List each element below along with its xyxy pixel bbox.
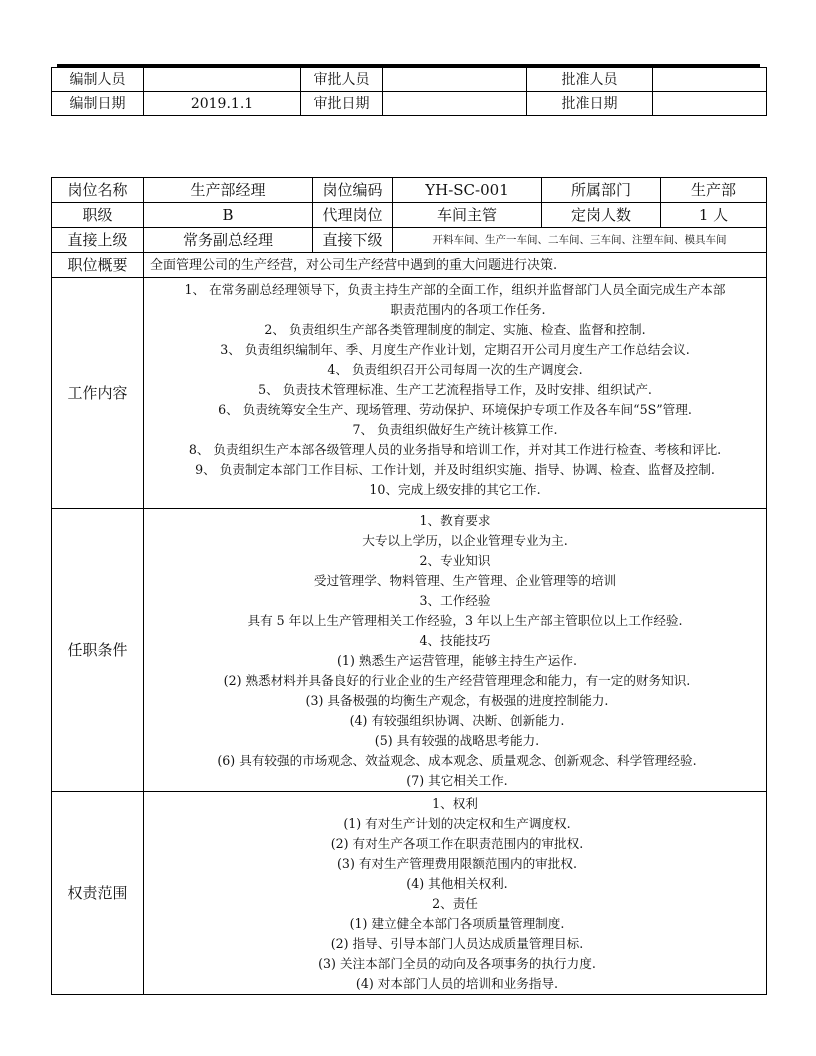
skill-item: (2) 熟悉材料并具备良好的行业企业的生产经营管理理念和能力，有一定的财务知识. [150,671,760,691]
document-page: 编制人员 审批人员 批准人员 编制日期 2019.1.1 审批日期 批准日期 岗… [0,0,816,1056]
reviewed-by-label: 审批人员 [301,68,383,92]
prepared-by-label: 编制人员 [52,68,144,92]
work-item: 9、 负责制定本部门工作目标、工作计划，并及时组织实施、指导、协调、检查、监督及… [150,460,760,480]
approved-by-value [653,68,767,92]
right-item: (3) 有对生产管理费用限额范围内的审批权. [150,854,760,874]
superior-value: 常务副总经理 [144,228,313,253]
work-item: 1、 在常务副总经理领导下，负责主持生产部的全面工作，组织并监督部门人员全面完成… [150,280,760,300]
work-content-label: 工作内容 [52,278,144,509]
position-code-label: 岗位编码 [313,178,393,203]
duties-title: 2、责任 [150,894,760,914]
work-item: 4、 负责组织召开公司每周一次的生产调度会. [150,360,760,380]
work-item: 3、 负责组织编制年、季、月度生产作业计划，定期召开公司月度生产工作总结会议. [150,340,760,360]
position-name-label: 岗位名称 [52,178,144,203]
knowledge-text: 受过管理学、物料管理、生产管理、企业管理等的培训 [150,571,760,591]
work-item: 7、 负责组织做好生产统计核算工作. [150,420,760,440]
headcount-value: 1 人 [661,203,767,228]
work-item: 2、 负责组织生产部各类管理制度的制定、实施、检查、监督和控制. [150,320,760,340]
position-code-value: YH-SC-001 [393,178,542,203]
deputy-label: 代理岗位 [313,203,393,228]
work-content-list: 1、 在常务副总经理领导下，负责主持生产部的全面工作，组织并监督部门人员全面完成… [144,278,767,509]
approved-date-label: 批准日期 [527,92,653,116]
right-item: (4) 其他相关权利. [150,874,760,894]
work-item-continuation: 职责范围内的各项工作任务. [150,300,760,320]
subordinate-value: 开料车间、生产一车间、二车间、三车间、注塑车间、模具车间 [393,228,767,253]
row-work-content: 工作内容 1、 在常务副总经理领导下，负责主持生产部的全面工作，组织并监督部门人… [52,278,767,509]
job-description-table: 岗位名称 生产部经理 岗位编码 YH-SC-001 所属部门 生产部 职级 B … [51,177,767,995]
right-item: (2) 有对生产各项工作在职责范围内的审批权. [150,834,760,854]
skill-item: (5) 具有较强的战略思考能力. [150,731,760,751]
position-name-value: 生产部经理 [144,178,313,203]
approval-row-prepared: 编制人员 审批人员 批准人员 [52,68,767,92]
education-title: 1、教育要求 [150,511,760,531]
qualifications-label: 任职条件 [52,509,144,792]
skill-item: (7) 其它相关工作. [150,771,760,791]
approval-table: 编制人员 审批人员 批准人员 编制日期 2019.1.1 审批日期 批准日期 [51,67,767,116]
qualifications-list: 1、教育要求 大专以上学历，以企业管理专业为主. 2、专业知识 受过管理学、物料… [144,509,767,792]
education-text: 大专以上学历，以企业管理专业为主. [150,531,760,551]
subordinate-label: 直接下级 [313,228,393,253]
approval-row-dates: 编制日期 2019.1.1 审批日期 批准日期 [52,92,767,116]
headcount-label: 定岗人数 [542,203,661,228]
department-value: 生产部 [661,178,767,203]
approved-date-value [653,92,767,116]
row-responsibilities: 权责范围 1、权利 (1) 有对生产计划的决定权和生产调度权. (2) 有对生产… [52,792,767,995]
skill-item: (4) 有较强组织协调、决断、创新能力. [150,711,760,731]
prepared-date-label: 编制日期 [52,92,144,116]
work-item: 10、完成上级安排的其它工作. [150,480,760,500]
skill-item: (3) 具备极强的均衡生产观念，有极强的进度控制能力. [150,691,760,711]
prepared-date-value: 2019.1.1 [144,92,301,116]
duty-item: (3) 关注本部门全员的动向及各项事务的执行力度. [150,954,760,974]
superior-label: 直接上级 [52,228,144,253]
reviewed-date-value [383,92,527,116]
work-item: 6、 负责统筹安全生产、现场管理、劳动保护、环境保护专项工作及各车间“5S”管理… [150,400,760,420]
reviewed-date-label: 审批日期 [301,92,383,116]
summary-text: 全面管理公司的生产经营，对公司生产经营中遇到的重大问题进行决策. [144,253,767,278]
experience-title: 3、工作经验 [150,591,760,611]
knowledge-title: 2、专业知识 [150,551,760,571]
work-item: 8、 负责组织生产本部各级管理人员的业务指导和培训工作，并对其工作进行检查、考核… [150,440,760,460]
right-item: (1) 有对生产计划的决定权和生产调度权. [150,814,760,834]
responsibilities-label: 权责范围 [52,792,144,995]
skill-item: (1) 熟悉生产运营管理，能够主持生产运作. [150,651,760,671]
grade-value: B [144,203,313,228]
experience-text: 具有 5 年以上生产管理相关工作经验，3 年以上生产部主管职位以上工作经验. [150,611,760,631]
row-grade: 职级 B 代理岗位 车间主管 定岗人数 1 人 [52,203,767,228]
summary-label: 职位概要 [52,253,144,278]
duty-item: (1) 建立健全本部门各项质量管理制度. [150,914,760,934]
prepared-by-value [144,68,301,92]
skills-title: 4、技能技巧 [150,631,760,651]
row-summary: 职位概要 全面管理公司的生产经营，对公司生产经营中遇到的重大问题进行决策. [52,253,767,278]
deputy-value: 车间主管 [393,203,542,228]
skill-item: (6) 具有较强的市场观念、效益观念、成本观念、质量观念、创新观念、科学管理经验… [150,751,760,771]
row-qualifications: 任职条件 1、教育要求 大专以上学历，以企业管理专业为主. 2、专业知识 受过管… [52,509,767,792]
responsibilities-list: 1、权利 (1) 有对生产计划的决定权和生产调度权. (2) 有对生产各项工作在… [144,792,767,995]
duty-item: (2) 指导、引导本部门人员达成质量管理目标. [150,934,760,954]
row-reporting: 直接上级 常务副总经理 直接下级 开料车间、生产一车间、二车间、三车间、注塑车间… [52,228,767,253]
approved-by-label: 批准人员 [527,68,653,92]
grade-label: 职级 [52,203,144,228]
reviewed-by-value [383,68,527,92]
duty-item: (4) 对本部门人员的培训和业务指导. [150,974,760,994]
department-label: 所属部门 [542,178,661,203]
work-item: 5、 负责技术管理标准、生产工艺流程指导工作，及时安排、组织试产. [150,380,760,400]
rights-title: 1、权利 [150,794,760,814]
row-position: 岗位名称 生产部经理 岗位编码 YH-SC-001 所属部门 生产部 [52,178,767,203]
